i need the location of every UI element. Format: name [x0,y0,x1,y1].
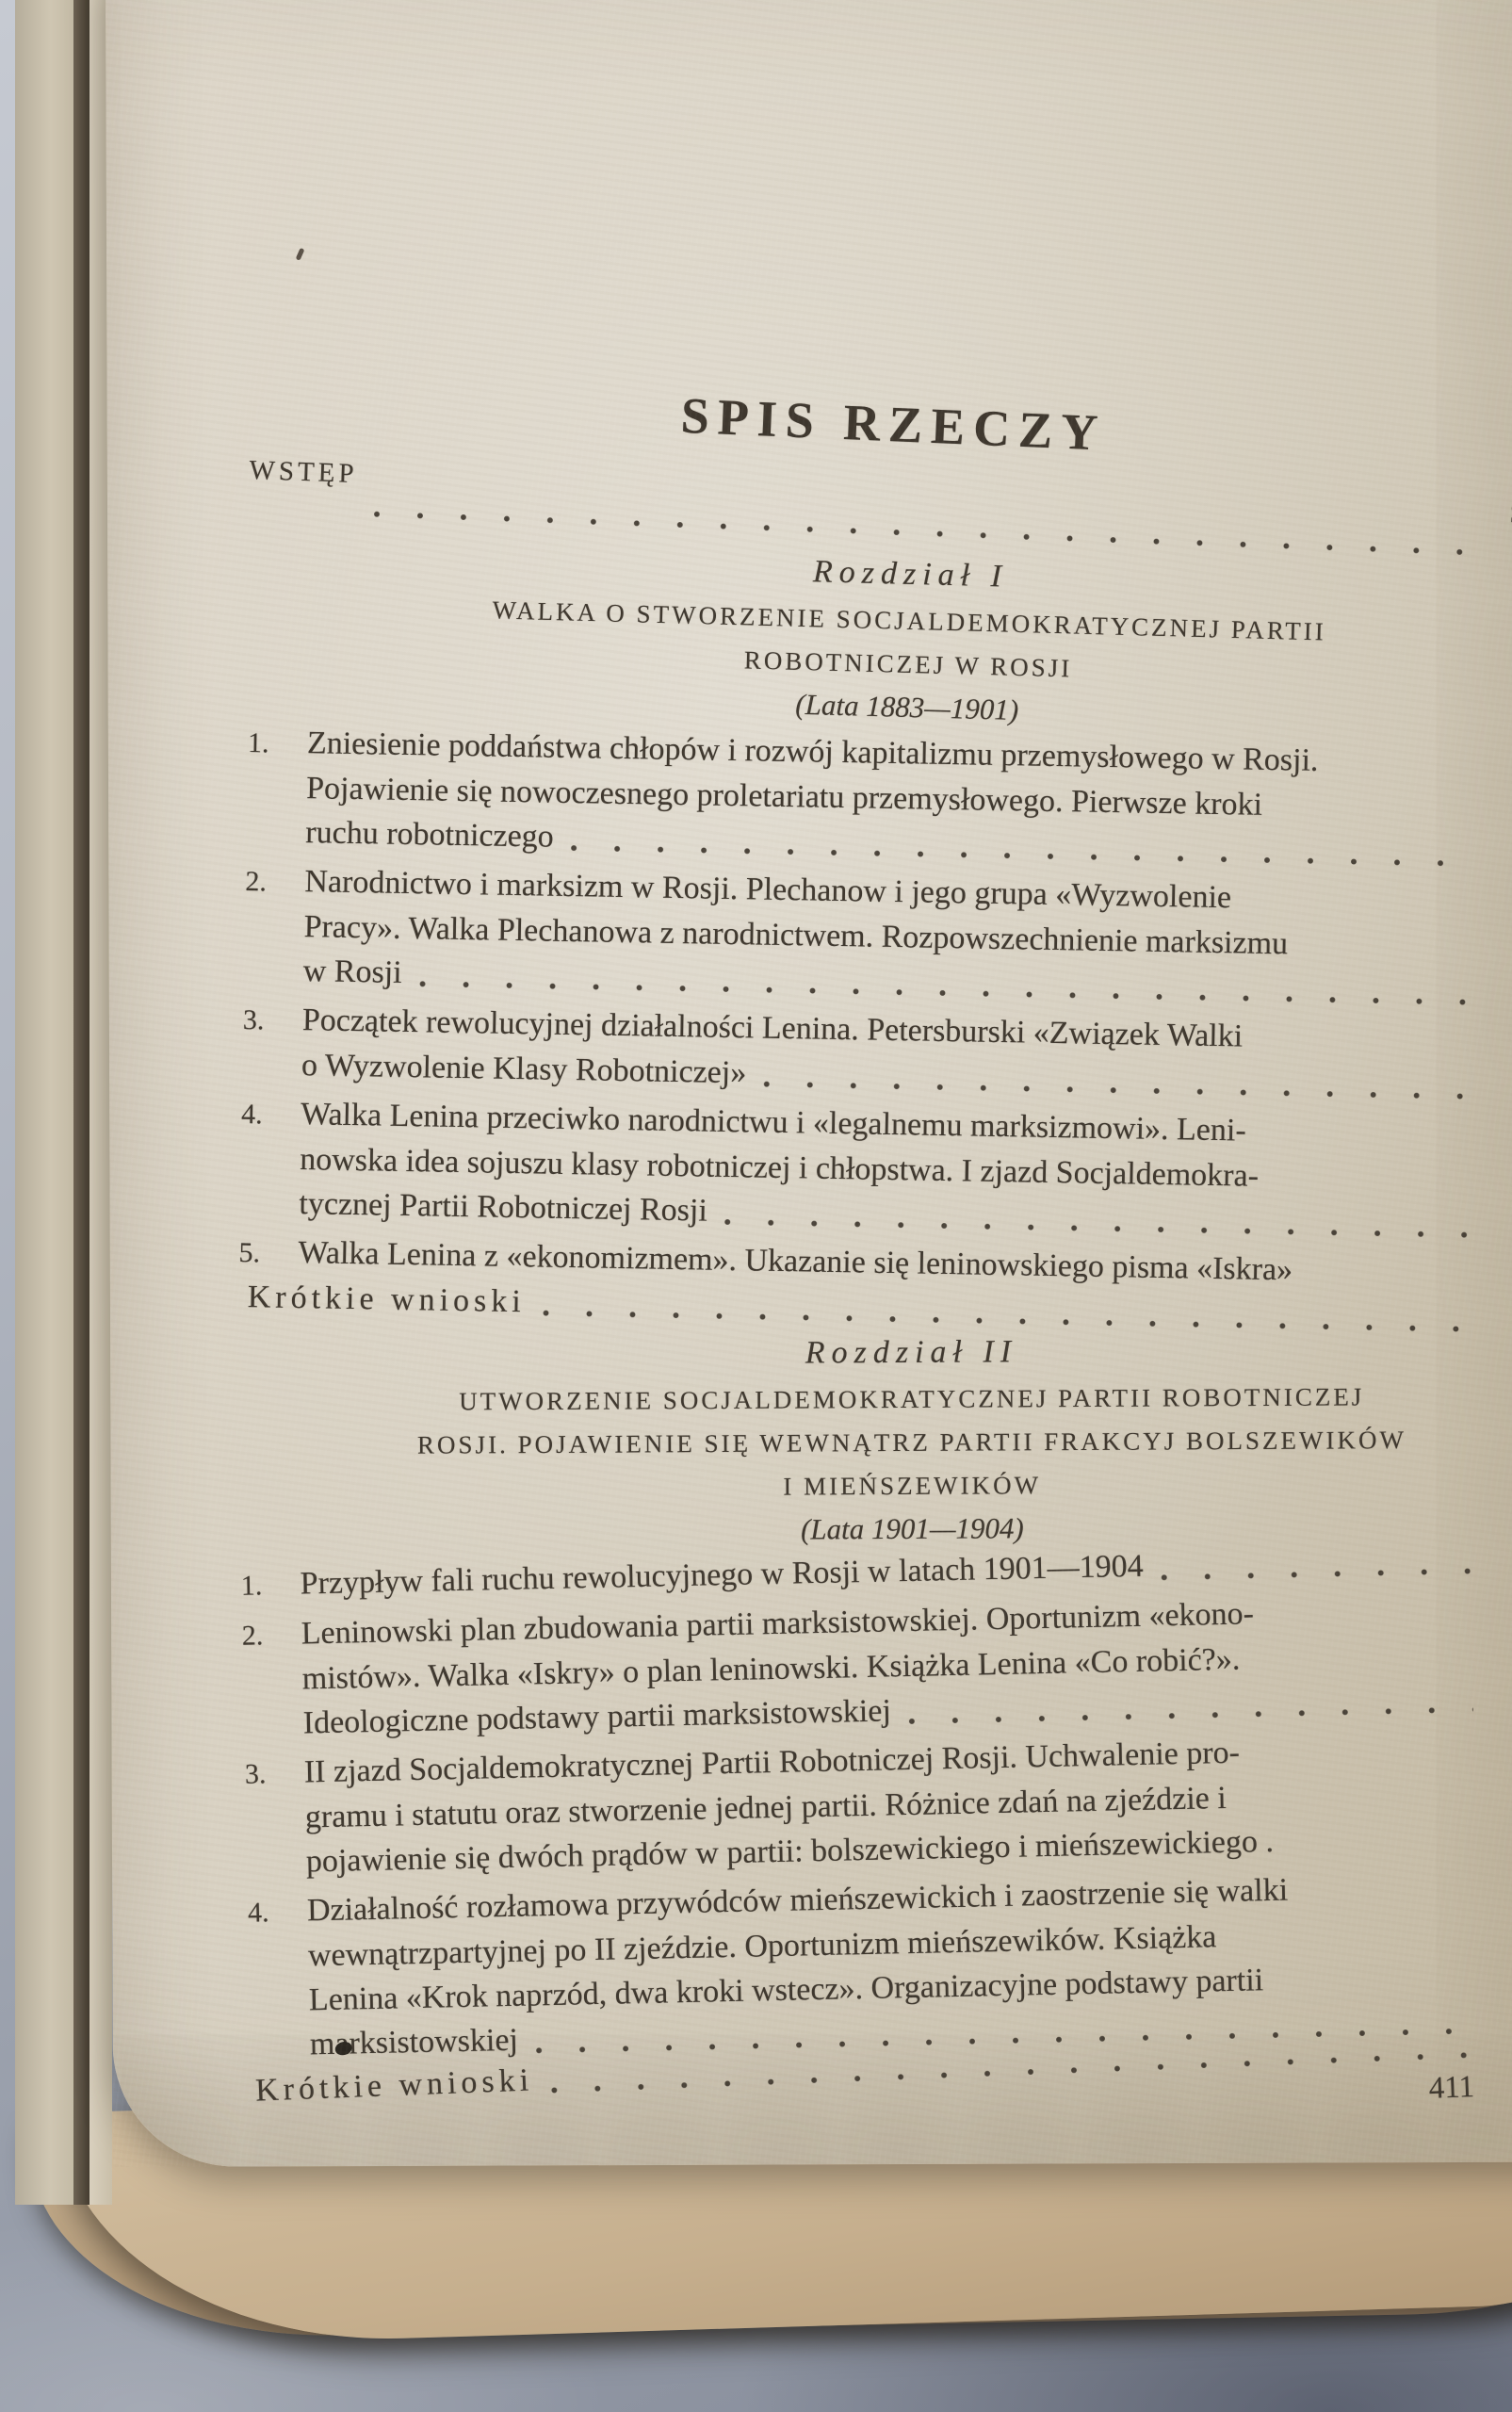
entry-number: 3. [203,997,302,1043]
entry-page-number: 28 [1479,1251,1512,1296]
entry-page-number: 61 [1485,2019,1512,2066]
entry-page-number: 25 [1480,1202,1512,1247]
entry-number: 2. [205,858,305,904]
chapter2-title-line3: I MIEŃSZEWIKÓW [205,1460,1512,1510]
entry-page-number: 21 [1482,1064,1512,1109]
entry-page-number: 13 [1484,970,1512,1015]
chapter2-heading: Rozdział II [204,1325,1512,1380]
book-page: SPIS RZECZY WSTĘP Str. 5 Rozdział I WALK… [106,0,1512,2167]
entry-number: 1. [208,720,308,766]
entry-page-number: 33 [1481,1536,1512,1581]
entry-page-number: 7 [1487,831,1512,876]
conclusion-label: Krótkie wnioski [247,1275,526,1324]
entry-number: 4. [208,1889,308,1935]
chapter1-heading-block: Rozdział I WALKA O STWORZENIE SOCJALDEMO… [200,531,1512,745]
chapter2-heading-block: Rozdział II UTWORZENIE SOCJALDEMOKRATYCZ… [204,1325,1512,1554]
photo-of-book-contents-page: SPIS RZECZY WSTĘP Str. 5 Rozdział I WALK… [0,0,1512,2412]
book-page-edges [15,0,73,2205]
entry-number: 5. [199,1230,299,1276]
entry-number: 4. [202,1091,301,1137]
chapter1-entries: 1. Zniesienie poddaństwa chłopów i rozwó… [198,719,1512,1342]
chapter2-title-line2: ROSJI. POJAWIENIE SIĘ WEWNĄTRZ PARTII FR… [204,1417,1512,1467]
chapter2-entries: 1. Przypływ fali ruchu rewolucyjnego w R… [201,1536,1512,2069]
dot-leader [1159,1566,1471,1582]
entry-number: 1. [201,1562,301,1608]
book-spine-crease [73,0,89,2205]
entry-number: 3. [204,1751,304,1797]
page-number-column: Str. 5 [1476,495,1512,567]
entry-text: w Rosji [302,949,402,995]
entry-page-number: 36 [1484,1675,1512,1720]
entry-number: 2. [202,1612,301,1658]
entry-text: ruchu robotniczego [305,810,554,859]
table-of-contents: SPIS RZECZY WSTĘP Str. 5 Rozdział I WALK… [106,0,1512,2150]
entry-text: o Wyzwolenie Klasy Robotniczej» [301,1043,747,1095]
conclusion-label: Krótkie wnioski [254,2058,534,2112]
intro-label: WSTĘP [249,451,358,493]
chapter2-title-line1: UTWORZENIE SOCJALDEMOKRATYCZNEJ PARTII R… [204,1374,1512,1424]
entry-page-number: 46 [1487,1814,1512,1859]
entry-text: tycznej Partii Robotniczej Rosji [299,1182,707,1233]
